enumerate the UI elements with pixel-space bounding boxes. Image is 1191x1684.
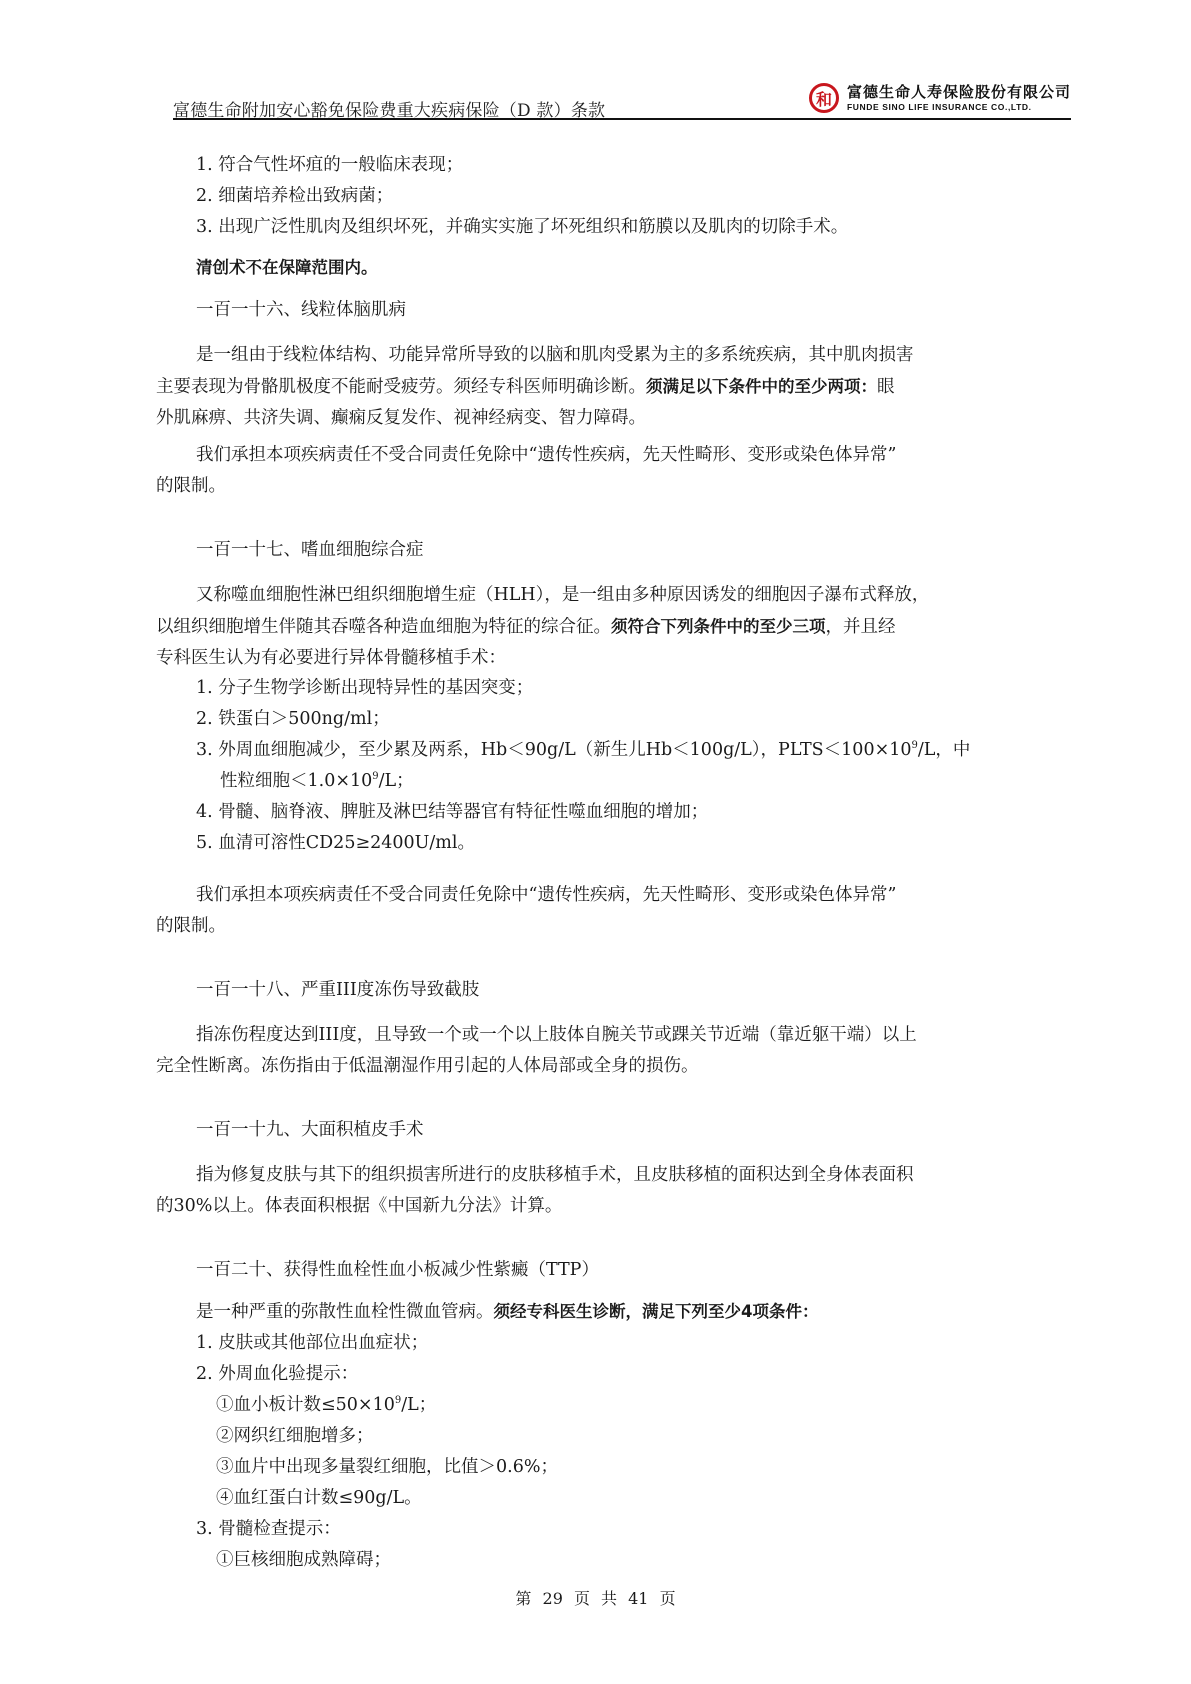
text-line: 是一组由于线粒体结构、功能异常所导致的以脑和肌肉受累为主的多系统疾病，其中肌肉损…: [156, 340, 1076, 371]
header-divider: [173, 118, 1071, 120]
text-span: ，并且经: [826, 617, 896, 637]
text-line: 指冻伤程度达到III度，且导致一个或一个以上肢体自腕关节或踝关节近端（靠近躯干端…: [156, 1020, 1076, 1051]
sub-list-item: ④血红蛋白计数≤90g/L。: [196, 1483, 1076, 1514]
company-logo: 和 富德生命人寿保险股份有限公司 FUNDE SINO LIFE INSURAN…: [809, 78, 1071, 118]
text-span: 是一种严重的弥散性血栓性微血管病。: [196, 1302, 494, 1322]
page-header: 富德生命附加安心豁免保险费重大疾病保险（D 款）条款 和 富德生命人寿保险股份有…: [173, 78, 1071, 122]
section-116-paragraph-2: 我们承担本项疾病责任不受合同责任免除中“遗传性疾病，先天性畸形、变形或染色体异常…: [156, 440, 1076, 502]
list-item: 2. 铁蛋白＞500ng/ml；: [196, 704, 1076, 735]
text-line: 主要表现为骨骼肌极度不能耐受疲劳。须经专科医师明确诊断。须满足以下条件中的至少两…: [156, 371, 1076, 403]
text-line: 又称噬血细胞性淋巴组织细胞增生症（HLH），是一组由多种原因诱发的细胞因子瀑布式…: [156, 580, 1076, 611]
text-line: 我们承担本项疾病责任不受合同责任免除中“遗传性疾病，先天性畸形、变形或染色体异常…: [156, 880, 1076, 911]
sub-list-item: ③血片中出现多量裂红细胞，比值＞0.6%；: [196, 1452, 1076, 1483]
text-line: 的30%以上。体表面积根据《中国新九分法》计算。: [156, 1191, 1076, 1222]
sub-list-item: ①巨核细胞成熟障碍；: [196, 1545, 1076, 1576]
text-line: 我们承担本项疾病责任不受合同责任免除中“遗传性疾病，先天性畸形、变形或染色体异常…: [156, 440, 1076, 471]
text-line: 的限制。: [156, 471, 1076, 502]
text-line: 以组织细胞增生伴随其吞噬各种造血细胞为特征的综合征。须符合下列条件中的至少三项，…: [156, 611, 1076, 643]
list-item: 1. 符合气性坏疽的一般临床表现；: [196, 150, 1054, 181]
list-item-continuation: 性粒细胞＜1.0×109/L；: [196, 766, 1076, 797]
text-span: /L；: [401, 1395, 436, 1415]
section-heading-118: 一百一十八、严重III度冻伤导致截肢: [196, 976, 479, 1001]
list-item: 4. 骨髓、脑脊液、脾脏及淋巴结等器官有特征性噬血细胞的增加；: [196, 797, 1076, 828]
bold-requirement: 须满足以下条件中的至少两项：: [646, 377, 877, 396]
text-line: 专科医生认为有必要进行异体骨髓移植手术：: [156, 643, 1076, 674]
section-117-criteria-list: 1. 分子生物学诊断出现特异性的基因突变； 2. 铁蛋白＞500ng/ml； 3…: [196, 673, 1076, 859]
section-120-body: 是一种严重的弥散性血栓性微血管病。须经专科医生诊断，满足下列至少4项条件： 1.…: [196, 1296, 1076, 1576]
section-heading-120: 一百二十、获得性血栓性血小板减少性紫癜（TTP）: [196, 1256, 599, 1281]
logo-mark-icon: 和: [809, 83, 839, 113]
bold-requirement: 须符合下列条件中的至少三项: [611, 617, 826, 636]
exclusion-note: 清创术不在保障范围内。: [196, 254, 378, 278]
text-span: 3. 外周血细胞减少，至少累及两系，Hb＜90g/L（新生儿Hb＜100g/L）…: [196, 740, 912, 760]
text-span: /L；: [379, 771, 414, 791]
list-item: 2. 外周血化验提示：: [196, 1359, 1076, 1390]
sub-list-item: ②网织红细胞增多；: [196, 1421, 1076, 1452]
text-span: 以组织细胞增生伴随其吞噬各种造血细胞为特征的综合征。: [156, 617, 611, 637]
gangrene-list: 1. 符合气性坏疽的一般临床表现； 2. 细菌培养检出致病菌； 3. 出现广泛性…: [196, 150, 1054, 243]
text-line: 的限制。: [156, 911, 1076, 942]
list-item: 1. 皮肤或其他部位出血症状；: [196, 1328, 1076, 1359]
page-number: 第 29 页 共 41 页: [0, 1586, 1191, 1609]
list-item: 2. 细菌培养检出致病菌；: [196, 181, 1054, 212]
section-heading-116: 一百一十六、线粒体脑肌病: [196, 296, 406, 321]
company-name-cn: 富德生命人寿保险股份有限公司: [847, 83, 1071, 101]
section-117-paragraph-2: 我们承担本项疾病责任不受合同责任免除中“遗传性疾病，先天性畸形、变形或染色体异常…: [156, 880, 1076, 942]
text-line: 是一种严重的弥散性血栓性微血管病。须经专科医生诊断，满足下列至少4项条件：: [196, 1296, 1076, 1328]
text-span: 眼: [877, 377, 895, 397]
section-117-paragraph-1: 又称噬血细胞性淋巴组织细胞增生症（HLH），是一组由多种原因诱发的细胞因子瀑布式…: [156, 580, 1076, 674]
text-line: 指为修复皮肤与其下的组织损害所进行的皮肤移植手术，且皮肤移植的面积达到全身体表面…: [156, 1160, 1076, 1191]
section-heading-117: 一百一十七、嗜血细胞综合症: [196, 536, 424, 561]
text-span: /L，中: [918, 740, 971, 760]
company-name-en: FUNDE SINO LIFE INSURANCE CO.,LTD.: [847, 101, 1071, 113]
text-span: 主要表现为骨骼肌极度不能耐受疲劳。须经专科医师明确诊断。: [156, 377, 646, 397]
section-118-paragraph: 指冻伤程度达到III度，且导致一个或一个以上肢体自腕关节或踝关节近端（靠近躯干端…: [156, 1020, 1076, 1082]
text-span: 性粒细胞＜1.0×10: [220, 771, 372, 791]
list-item: 1. 分子生物学诊断出现特异性的基因突变；: [196, 673, 1076, 704]
sub-list-item: ①血小板计数≤50×109/L；: [196, 1390, 1076, 1421]
list-item: 3. 外周血细胞减少，至少累及两系，Hb＜90g/L（新生儿Hb＜100g/L）…: [196, 735, 1076, 766]
section-116-paragraph-1: 是一组由于线粒体结构、功能异常所导致的以脑和肌肉受累为主的多系统疾病，其中肌肉损…: [156, 340, 1076, 434]
list-item: 3. 骨髓检查提示：: [196, 1514, 1076, 1545]
list-item: 5. 血清可溶性CD25≥2400U/ml。: [196, 828, 1076, 859]
bold-requirement: 须经专科医生诊断，满足下列至少4项条件：: [494, 1302, 819, 1321]
text-line: 完全性断离。冻伤指由于低温潮湿作用引起的人体局部或全身的损伤。: [156, 1051, 1076, 1082]
text-span: ①血小板计数≤50×10: [216, 1395, 395, 1415]
section-heading-119: 一百一十九、大面积植皮手术: [196, 1116, 424, 1141]
section-119-paragraph: 指为修复皮肤与其下的组织损害所进行的皮肤移植手术，且皮肤移植的面积达到全身体表面…: [156, 1160, 1076, 1222]
list-item: 3. 出现广泛性肌肉及组织坏死，并确实实施了坏死组织和筋膜以及肌肉的切除手术。: [196, 212, 1054, 243]
text-line: 外肌麻痹、共济失调、癫痫反复发作、视神经病变、智力障碍。: [156, 403, 1076, 434]
